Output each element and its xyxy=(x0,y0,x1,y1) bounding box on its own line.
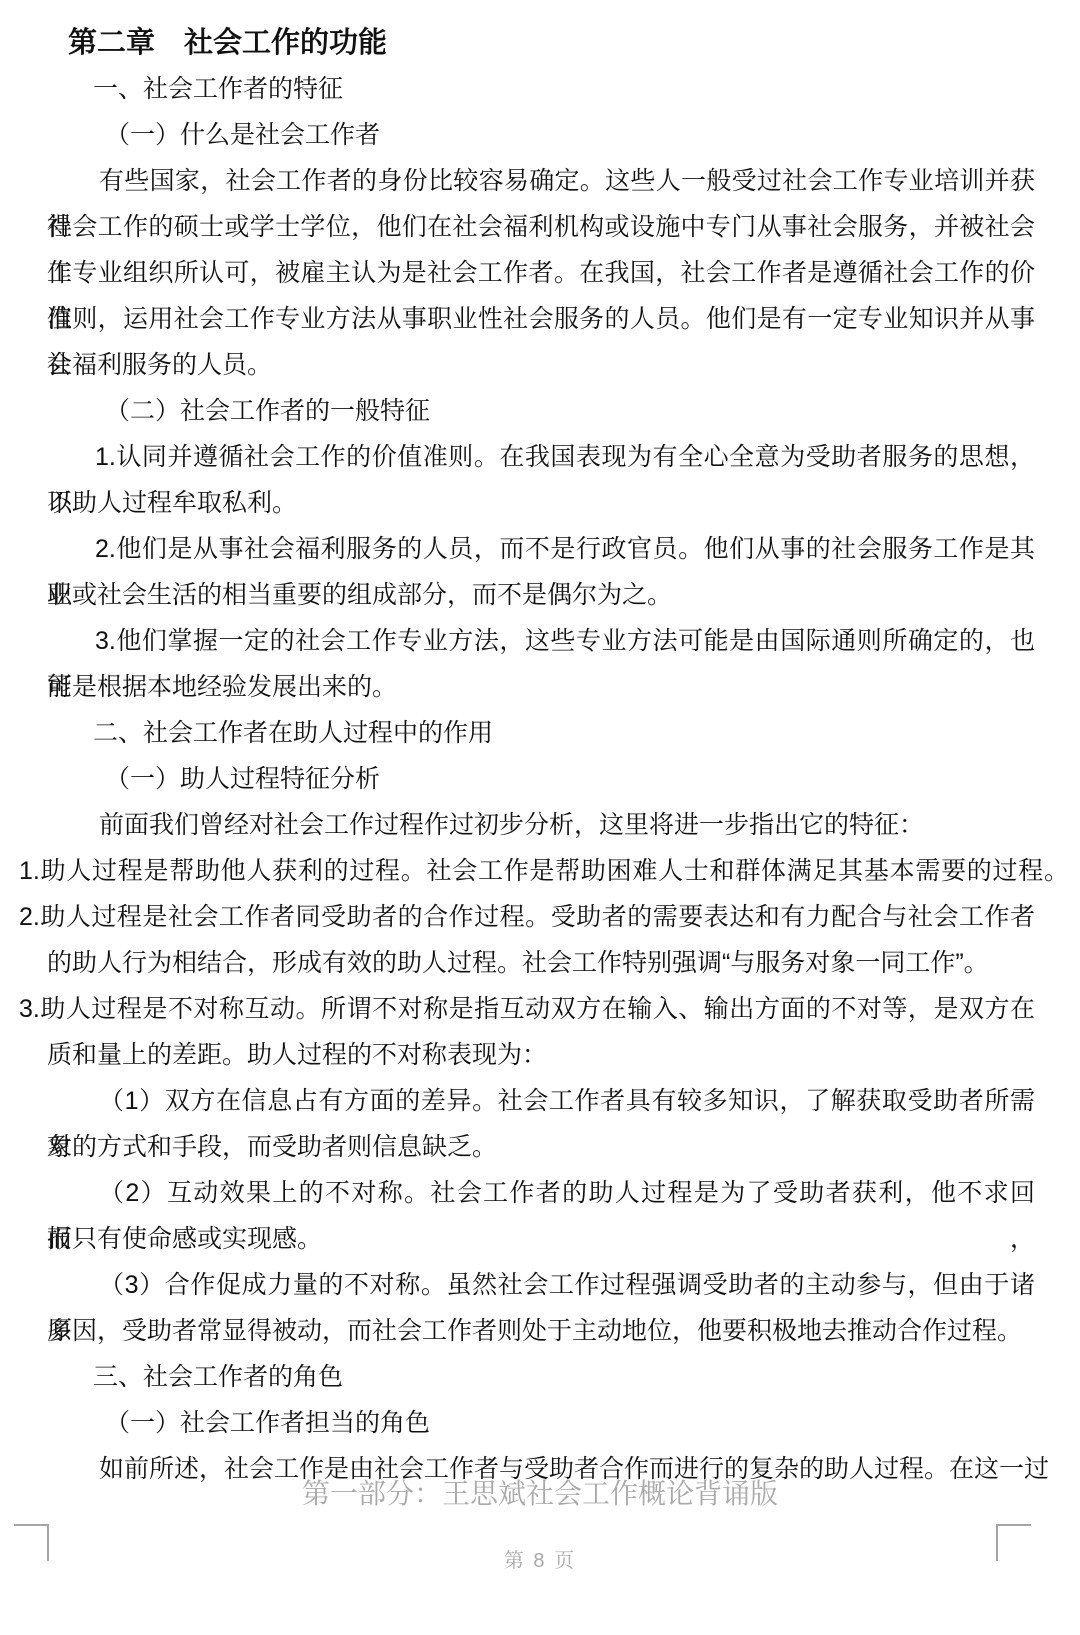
text-line: 一、社会工作者的特征 xyxy=(47,66,1035,112)
crop-mark-bottom-left xyxy=(14,1524,49,1561)
text-line: 象的方式和手段，而受助者则信息缺乏。 xyxy=(47,1124,1035,1170)
text-line: （一）什么是社会工作者 xyxy=(47,112,1035,158)
text-line: （二）社会工作者的一般特征 xyxy=(47,388,1035,434)
footer-section-title: 第一部分：王思斌社会工作概论背诵版 xyxy=(0,1472,1080,1512)
text-line: 的助人行为相结合，形成有效的助人过程。社会工作特别强调“与服务对象一同工作”。 xyxy=(47,940,1035,986)
text-line: 1.助人过程是帮助他人获利的过程。社会工作是帮助困难人士和群体满足其基本需要的过… xyxy=(19,848,1069,894)
text-line: 质和量上的差距。助人过程的不对称表现为： xyxy=(47,1032,1035,1078)
text-line: 三、社会工作者的角色 xyxy=(47,1354,1035,1400)
text-line: （一）助人过程特征分析 xyxy=(47,756,1035,802)
text-line: （2）互动效果上的不对称。社会工作者的助人过程是为了受助者获利，他不求回报， xyxy=(47,1170,1035,1216)
text-line: 社会工作的硕士或学士学位，他们在社会福利机构或设施中专门从事社会服务，并被社会工 xyxy=(47,204,1035,250)
text-line: 前面我们曾经对社会工作过程作过初步分析，这里将进一步指出它的特征： xyxy=(47,802,1035,848)
text-line: 准则，运用社会工作专业方法从事职业性社会服务的人员。他们是有一定专业知识并从事社 xyxy=(47,296,1035,342)
text-line: 3.他们掌握一定的社会工作专业方法，这些专业方法可能是由国际通则所确定的，也可 xyxy=(47,618,1035,664)
text-line: 1.认同并遵循社会工作的价值准则。在我国表现为有全心全意为受助者服务的思想，不 xyxy=(47,434,1035,480)
document-body: 第二章 社会工作的功能一、社会工作者的特征（一）什么是社会工作者有些国家，社会工… xyxy=(47,20,1035,1492)
text-line: 2.助人过程是社会工作者同受助者的合作过程。受助者的需要表达和有力配合与社会工作… xyxy=(19,894,1035,940)
text-line: （一）社会工作者担当的角色 xyxy=(47,1400,1035,1446)
text-line: 有些国家，社会工作者的身份比较容易确定。这些人一般受过社会工作专业培训并获得 xyxy=(47,158,1035,204)
text-line: 能是根据本地经验发展出来的。 xyxy=(47,664,1035,710)
text-line: 原因，受助者常显得被动，而社会工作者则处于主动地位，他要积极地去推动合作过程。 xyxy=(47,1308,1035,1354)
text-line: （1）双方在信息占有方面的差异。社会工作者具有较多知识，了解获取受助者所需对 xyxy=(47,1078,1035,1124)
document-page: 第二章 社会工作的功能一、社会工作者的特征（一）什么是社会工作者有些国家，社会工… xyxy=(0,0,1080,1635)
text-line: 以助人过程牟取私利。 xyxy=(47,480,1035,526)
text-line: （3）合作促成力量的不对称。虽然社会工作过程强调受助者的主动参与，但由于诸多 xyxy=(47,1262,1035,1308)
text-line: 2.他们是从事社会福利服务的人员，而不是行政官员。他们从事的社会服务工作是其职 xyxy=(47,526,1035,572)
text-line: 会福利服务的人员。 xyxy=(47,342,1035,388)
text-line: 第二章 社会工作的功能 xyxy=(47,20,1035,66)
text-line: 3.助人过程是不对称互动。所谓不对称是指互动双方在输入、输出方面的不对等，是双方… xyxy=(19,986,1035,1032)
footer-page-number: 第 8 页 xyxy=(0,1544,1080,1573)
text-line: 业或社会生活的相当重要的组成部分，而不是偶尔为之。 xyxy=(47,572,1035,618)
crop-mark-bottom-right xyxy=(996,1524,1031,1561)
text-line: 二、社会工作者在助人过程中的作用 xyxy=(47,710,1035,756)
text-line: 作专业组织所认可，被雇主认为是社会工作者。在我国，社会工作者是遵循社会工作的价值 xyxy=(47,250,1035,296)
